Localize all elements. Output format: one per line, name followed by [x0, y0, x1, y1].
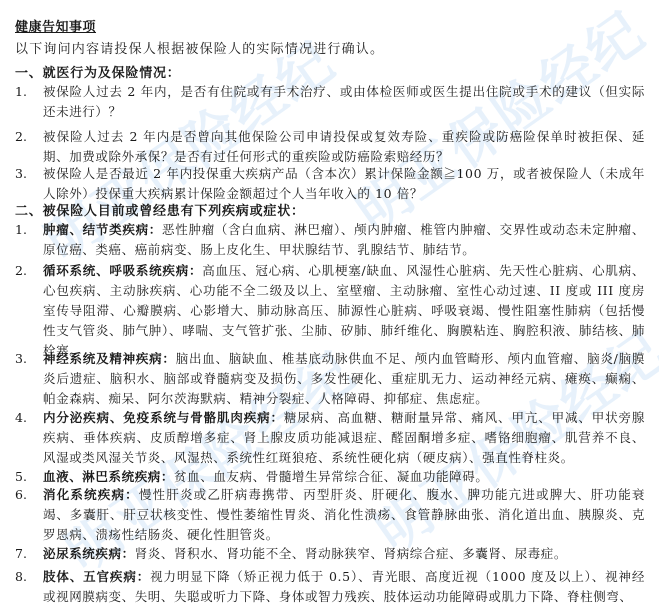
- disease-list: 贫血、血友病、骨髓增生异常综合征、凝血功能障碍。: [174, 469, 488, 484]
- disease-item: 7. 泌尿系统疾病：肾炎、肾积水、肾功能不全、肾动脉狭窄、肾病综合症、多囊肾、尿…: [15, 544, 645, 564]
- disease-item: 4. 内分泌疾病、免疫系统与骨骼肌肉疾病：糖尿病、高血糖、糖耐量异常、痛风、甲亢…: [15, 408, 645, 468]
- item-number: 3.: [15, 164, 35, 184]
- disease-category: 血液、淋巴系统疾病：: [43, 469, 174, 484]
- disease-category: 循环系统、呼吸系统疾病：: [43, 263, 202, 278]
- document-page: 明亚保险经纪 明亚保险经纪 明亚保险经纪 明亚保险经纪 健康告知事项 以下询问内…: [0, 0, 659, 613]
- disease-item: 1. 肿瘤、结节类疾病：恶性肿瘤（含白血病、淋巴瘤）、颅内肿瘤、椎管内肿瘤、交界…: [15, 220, 645, 260]
- disease-category: 肢体、五官疾病：: [43, 569, 150, 584]
- item-number: 7.: [15, 544, 35, 564]
- item-number: 5.: [15, 467, 35, 487]
- disease-category: 泌尿系统疾病：: [43, 546, 135, 561]
- question-item: 2. 被保险人过去 2 年内是否曾向其他保险公司申请投保或复效寿险、重疾险或防癌…: [15, 127, 645, 167]
- intro-text: 以下询问内容请投保人根据被保险人的实际情况进行确认。: [15, 38, 384, 57]
- disease-item: 5. 血液、淋巴系统疾病：贫血、血友病、骨髓增生异常综合征、凝血功能障碍。: [15, 467, 645, 487]
- document-title: 健康告知事项: [15, 16, 96, 35]
- section-heading-medical-history: 一、就医行为及保险情况：: [15, 62, 181, 81]
- item-number: 2.: [15, 127, 35, 147]
- disease-item: 3. 神经系统及精神疾病：脑出血、脑缺血、椎基底动脉供血不足、颅内血管畸形、颅内…: [15, 349, 645, 409]
- disease-item: 8. 肢体、五官疾病：视力明显下降（矫正视力低于 0.5）、青光眼、高度近视（1…: [15, 567, 645, 607]
- section-heading-diseases: 二、被保险人目前或曾经患有下列疾病或症状：: [15, 200, 305, 219]
- item-text: 被保险人过去 2 年内，是否有住院或有手术治疗、或由体检医师或医生提出住院或手术…: [43, 82, 645, 122]
- item-number: 3.: [15, 349, 35, 369]
- disease-category: 神经系统及精神疾病：: [43, 351, 176, 366]
- item-number: 6.: [15, 485, 35, 505]
- item-number: 2.: [15, 261, 35, 281]
- disease-category: 内分泌疾病、免疫系统与骨骼肌肉疾病：: [43, 410, 284, 425]
- item-text: 被保险人是否最近 2 年内投保重大疾病产品（含本次）累计保险金额≧100 万，或…: [43, 164, 645, 204]
- disease-item: 6. 消化系统疾病：慢性肝炎或乙肝病毒携带、丙型肝炎、肝硬化、腹水、脾功能亢进或…: [15, 485, 645, 545]
- item-number: 1.: [15, 82, 35, 102]
- disease-category: 肿瘤、结节类疾病：: [43, 222, 162, 237]
- item-number: 4.: [15, 408, 35, 428]
- watermark: 明亚保险经纪: [338, 0, 657, 246]
- question-item: 3. 被保险人是否最近 2 年内投保重大疾病产品（含本次）累计保险金额≧100 …: [15, 164, 645, 204]
- item-number: 8.: [15, 567, 35, 587]
- question-item: 1. 被保险人过去 2 年内，是否有住院或有手术治疗、或由体检医师或医生提出住院…: [15, 82, 645, 122]
- item-text: 被保险人过去 2 年内是否曾向其他保险公司申请投保或复效寿险、重疾险或防癌险保单…: [43, 127, 645, 167]
- item-number: 1.: [15, 220, 35, 240]
- disease-list: 肾炎、肾积水、肾功能不全、肾动脉狭窄、肾病综合症、多囊肾、尿毒症。: [135, 546, 567, 561]
- disease-item: 2. 循环系统、呼吸系统疾病：高血压、冠心病、心肌梗塞/缺血、风湿性心脏病、先天…: [15, 261, 645, 361]
- disease-category: 消化系统疾病：: [43, 487, 139, 502]
